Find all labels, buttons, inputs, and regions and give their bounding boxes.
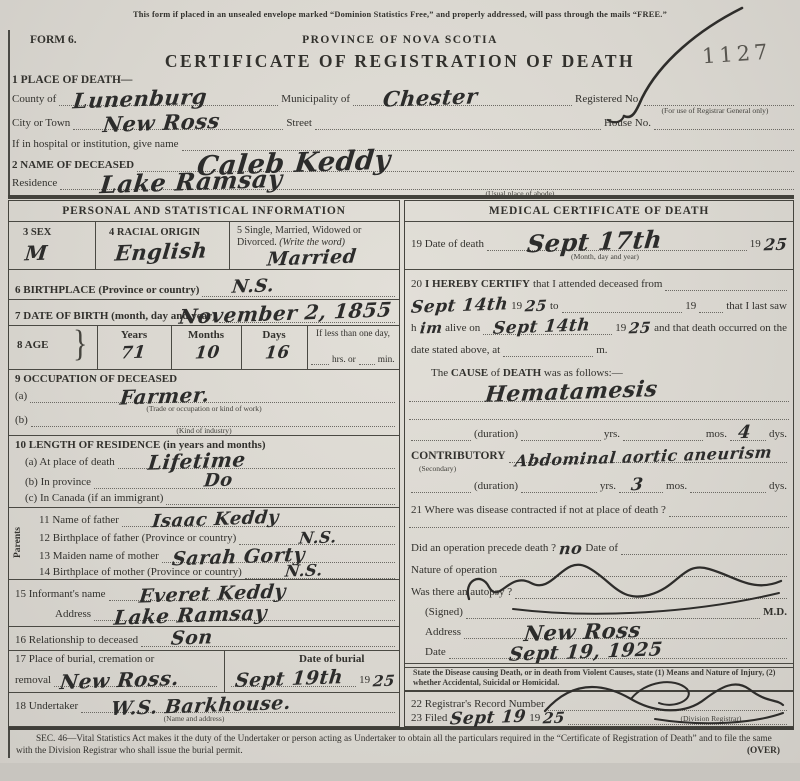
father-label: 11 Name of father — [39, 514, 119, 527]
attended-from-value: Sept 14th — [410, 296, 509, 316]
medical-header: MEDICAL CERTIFICATE OF DEATH — [405, 205, 793, 217]
certify-bold: I HEREBY CERTIFY — [425, 278, 530, 291]
certify-row-1: 20 I HEREBY CERTIFY that I attended dece… — [411, 277, 787, 291]
dob-value: November 2, 1855 — [178, 299, 393, 327]
cause-line-2 — [409, 419, 789, 420]
rule — [9, 435, 399, 436]
age-days-label: Days — [241, 329, 307, 342]
undertaker-line: W.S. Barkhouse. — [81, 709, 395, 713]
undertaker-note: (Name and address) — [109, 715, 279, 723]
birthplace-value: N.S. — [231, 277, 275, 297]
last-seen-value: Sept 14th — [492, 317, 591, 337]
residence-label: Residence — [12, 177, 57, 190]
father-birthplace-row: 12 Birthplace of father (Province or cou… — [39, 531, 395, 545]
date-of-death-note: (Month, day and year) — [525, 253, 685, 261]
duration-2-mos: mos. — [666, 480, 687, 493]
contributory-note: (Secondary) — [419, 465, 456, 473]
burial-place-row: removal New Ross. — [15, 673, 217, 687]
duration-2-mos-line: 3 — [619, 489, 663, 493]
burial-date-label: Date of burial — [299, 653, 364, 666]
house-no-label: House No. — [604, 117, 651, 130]
rule — [224, 650, 225, 692]
q21-line-2 — [409, 527, 789, 528]
informant-address-row: Address Lake Ramsay — [55, 607, 395, 621]
age-months-value: 10 — [194, 345, 220, 363]
mother-row: 13 Maiden name of mother Sarah Gorty — [39, 549, 395, 563]
q21-label: 21 Where was disease contracted if not a… — [411, 504, 666, 517]
duration-1-dys-line: 4 — [730, 437, 766, 441]
hrs-label: hrs. or — [332, 355, 356, 365]
municipality-line: Chester — [353, 102, 572, 106]
contributory-label: CONTRIBUTORY — [411, 450, 506, 463]
h-printed: h — [411, 322, 417, 335]
rule — [405, 221, 793, 222]
certify-line-2a — [562, 309, 683, 313]
left-border-line-bottom — [8, 727, 10, 758]
father-row: 11 Name of father Isaac Keddy — [39, 513, 395, 527]
dob-line: November 2, 1855 — [219, 319, 395, 323]
cause-duration-days: 4 — [737, 424, 752, 443]
street-label: Street — [286, 117, 312, 130]
undertaker-label: 18 Undertaker — [15, 700, 78, 713]
rule — [307, 325, 308, 369]
rule — [9, 369, 399, 370]
date-of-death-line: Sept 17th — [487, 247, 747, 251]
mother-birthplace-label: 14 Birthplace of mother (Province or cou… — [39, 566, 242, 579]
medical-certificate-section: MEDICAL CERTIFICATE OF DEATH 19 Date of … — [404, 200, 794, 727]
duration-2-dys: dys. — [769, 480, 787, 493]
length-a-line: Lifetime — [118, 465, 395, 469]
over-note: (OVER) — [747, 746, 780, 756]
certify-line-2b — [699, 309, 723, 313]
death-certificate-scan: This form if placed in an unsealed envel… — [0, 0, 800, 781]
md-date-row: Date Sept 19, 1925 — [425, 645, 787, 659]
less-than-day-label: If less than one day, — [309, 329, 397, 339]
death-word: DEATH — [503, 367, 541, 379]
burial-place-line: New Ross. — [54, 683, 217, 687]
residence-value: Lake Ramsay — [99, 167, 284, 197]
q21-row: 21 Where was disease contracted if not a… — [411, 503, 787, 517]
duration-1-yrs-line — [521, 437, 601, 441]
duration-2-yrs-line — [521, 489, 597, 493]
age-years-label: Years — [97, 329, 171, 342]
informant-address-line: Lake Ramsay — [94, 617, 395, 621]
occurred-label: and that death occurred on the — [654, 322, 787, 335]
last-seen-year-printed: 19 — [615, 322, 626, 335]
date-stated-label: date stated above, at — [411, 344, 500, 357]
length-c-line — [166, 501, 395, 505]
rule — [9, 221, 399, 222]
to-label: to — [550, 300, 559, 313]
duration-1-dys: dys. — [769, 428, 787, 441]
q21-line — [669, 513, 787, 517]
occupation-a-line: Farmer. — [30, 399, 395, 403]
length-c-row: (c) In Canada (if an immigrant) — [25, 493, 395, 505]
birthplace-row: 6 BIRTHPLACE (Province or country) N.S. — [15, 277, 395, 297]
birthplace-label: 6 BIRTHPLACE (Province or country) — [15, 284, 199, 297]
md-date-value: Sept 19, 1925 — [508, 640, 663, 664]
father-birthplace-label: 12 Birthplace of father (Province or cou… — [39, 532, 236, 545]
hospital-row: If in hospital or institution, give name — [12, 133, 794, 151]
municipality-label: Municipality of — [281, 93, 350, 106]
mother-line: Sarah Gorty — [162, 559, 395, 563]
relationship-line: Son — [141, 643, 395, 647]
burial-removal-label: removal — [15, 674, 51, 687]
street-line — [315, 126, 601, 130]
duration-2-label: (duration) — [474, 480, 518, 493]
alive-on-label: alive on — [445, 322, 480, 335]
certify-row-2: Sept 14th 19 25 to 19 that I last saw — [411, 299, 787, 313]
personal-header: PERSONAL AND STATISTICAL INFORMATION — [9, 205, 399, 217]
min-line — [359, 361, 375, 365]
informant-label: 15 Informant's name — [15, 588, 106, 601]
registered-no-label: Registered No. — [575, 93, 641, 106]
residence-row: Residence Lake Ramsay — [12, 174, 794, 190]
mother-label: 13 Maiden name of mother — [39, 550, 159, 563]
relationship-label: 16 Relationship to deceased — [15, 634, 138, 647]
cause-line-1 — [409, 401, 789, 402]
city-value: New Ross — [102, 110, 221, 135]
md-address-row: Address New Ross — [425, 625, 787, 639]
certify-row-3: h im alive on Sept 14th 19 25 and that d… — [411, 321, 787, 335]
duration-row-1: (duration) yrs. mos. 4 dys. — [411, 427, 787, 441]
date-of-death-row: 19 Date of death Sept 17th 19 25 — [411, 229, 787, 251]
last-seen-year-value: 25 — [628, 321, 651, 337]
hrs-min-row: hrs. or min. — [311, 351, 395, 365]
age-months-label: Months — [171, 329, 241, 342]
duration-2-dys-line — [690, 489, 766, 493]
length-b-line: Do — [94, 485, 395, 489]
md-date-label: Date — [425, 646, 446, 659]
mother-birthplace-row: 14 Birthplace of mother (Province or cou… — [39, 567, 395, 579]
rule — [95, 221, 96, 269]
rule — [229, 221, 230, 269]
length-b-label: (b) In province — [25, 476, 91, 489]
undertaker-row: 18 Undertaker W.S. Barkhouse. — [15, 699, 395, 713]
age-label: 8 AGE — [17, 339, 48, 352]
date-of-death-year-value: 25 — [763, 237, 788, 254]
burial-date-value: Sept 19th — [234, 668, 344, 691]
contributory-value: Abdominal aortic aneurism — [514, 444, 773, 469]
personal-statistical-section: PERSONAL AND STATISTICAL INFORMATION 3 S… — [8, 200, 400, 727]
sex-value: M — [24, 243, 49, 264]
relationship-row: 16 Relationship to deceased Son — [15, 633, 395, 647]
filed-label: 23 Filed — [411, 712, 447, 725]
burial-date-line: Sept 19th — [231, 683, 356, 687]
contributory-row: CONTRIBUTORY Abdominal aortic aneurism — [411, 447, 787, 463]
burial-year-value: 25 — [372, 674, 395, 690]
attended-from-year-value: 25 — [524, 299, 547, 315]
burial-date-row: Sept 19th 19 25 — [231, 671, 395, 687]
scan-bottom-band — [0, 763, 800, 781]
md-address-line: New Ross — [464, 635, 787, 639]
duration-1-mos-line — [623, 437, 703, 441]
municipality-value: Chester — [382, 85, 479, 109]
rule — [9, 325, 399, 326]
duration-1-yrs: yrs. — [604, 428, 620, 441]
burial-place-label: 17 Place of burial, cremation or — [15, 653, 154, 666]
length-a-label: (a) At place of death — [25, 456, 115, 469]
burial-place-value: New Ross. — [59, 668, 180, 692]
place-of-death-heading: 1 PLACE OF DEATH— — [12, 74, 132, 87]
birthplace-line: N.S. — [202, 293, 395, 297]
md-date-line: Sept 19, 1925 — [449, 655, 787, 659]
duration-2-lead — [411, 489, 471, 493]
footer-rule — [8, 727, 794, 730]
county-value: Lunenburg — [72, 86, 208, 112]
burial-year-printed: 19 — [359, 674, 370, 687]
age-days-value: 16 — [264, 345, 290, 363]
informant-address-value: Lake Ramsay — [113, 602, 268, 627]
duration-2-yrs: yrs. — [600, 480, 616, 493]
occupation-a-note: (Trade or occupation or kind of work) — [69, 405, 339, 413]
length-a-row: (a) At place of death Lifetime — [25, 455, 395, 469]
age-brace: } — [73, 323, 87, 366]
contributory-duration-months: 3 — [630, 477, 644, 495]
informant-row: 15 Informant's name Everet Keddy — [15, 587, 395, 601]
city-line: New Ross — [73, 126, 283, 130]
duration-row-2: (duration) yrs. 3 mos. dys. — [411, 479, 787, 493]
occupation-a-label: (a) — [15, 390, 27, 403]
hospital-label: If in hospital or institution, give name — [12, 138, 179, 151]
marital-value: Married — [266, 247, 357, 269]
section-divider — [8, 195, 794, 199]
county-row: County of Lunenburg Municipality of Ches… — [12, 88, 794, 106]
length-b-value: Do — [203, 471, 234, 490]
parents-label: Parents — [13, 507, 31, 579]
him-value: im — [419, 321, 443, 337]
attended-from-year-printed: 19 — [511, 300, 522, 313]
marital-label: 5 Single, Married, Widowed or Divorced. … — [237, 225, 395, 248]
mother-birthplace-value: N.S. — [284, 562, 323, 579]
year-printed-2: 19 — [685, 300, 696, 313]
rule — [9, 579, 399, 580]
certify-number: 20 — [411, 278, 422, 291]
m-label: m. — [596, 344, 607, 357]
age-years-value: 71 — [120, 345, 146, 363]
house-no-line — [654, 126, 794, 130]
rule — [405, 269, 793, 270]
sec46-note: SEC. 46—Vital Statistics Act makes it th… — [16, 733, 772, 757]
residence-line: Lake Ramsay — [60, 186, 794, 190]
certify-line-1 — [665, 287, 787, 291]
length-c-label: (c) In Canada (if an immigrant) — [25, 492, 163, 505]
occupation-a-row: (a) Farmer. — [15, 389, 395, 403]
cause-word: CAUSE — [451, 367, 488, 379]
dob-row: 7 DATE OF BIRTH (month, day and year) No… — [15, 305, 395, 323]
duration-1-label: (duration) — [474, 428, 518, 441]
length-b-row: (b) In province Do — [25, 475, 395, 489]
county-line: Lunenburg — [59, 102, 278, 106]
date-stated-line — [503, 353, 593, 357]
registrar-signature — [535, 671, 785, 727]
date-of-death-label: 19 Date of death — [411, 238, 484, 251]
occupation-b-label: (b) — [15, 414, 28, 427]
physician-signature — [455, 547, 785, 621]
county-label: County of — [12, 93, 56, 106]
city-label: City or Town — [12, 117, 70, 130]
rule — [9, 650, 399, 651]
relationship-value: Son — [170, 628, 214, 649]
date-of-death-year-printed: 19 — [750, 238, 761, 251]
rule — [9, 507, 399, 508]
md-address-label: Address — [425, 626, 461, 639]
hrs-line — [311, 361, 329, 365]
father-value: Isaac Keddy — [151, 509, 280, 532]
duration-1-lead — [411, 437, 471, 441]
sex-label: 3 SEX — [23, 227, 51, 239]
city-row: City or Town New Ross Street House No. — [12, 112, 794, 130]
certify-row-4: date stated above, at m. — [411, 343, 787, 357]
certify-rest: that I attended deceased from — [533, 278, 663, 291]
filed-date-value: Sept 19 — [450, 709, 528, 729]
racial-origin-value: English — [114, 239, 209, 263]
rule — [9, 692, 399, 693]
last-seen-line: Sept 14th — [483, 331, 612, 335]
duration-1-mos: mos. — [706, 428, 727, 441]
contributory-line: Abdominal aortic aneurism — [509, 459, 787, 463]
informant-address-label: Address — [55, 608, 91, 621]
last-saw-label: that I last saw — [726, 300, 787, 313]
father-line: Isaac Keddy — [122, 523, 395, 527]
rule — [9, 269, 399, 270]
min-label: min. — [378, 355, 395, 365]
